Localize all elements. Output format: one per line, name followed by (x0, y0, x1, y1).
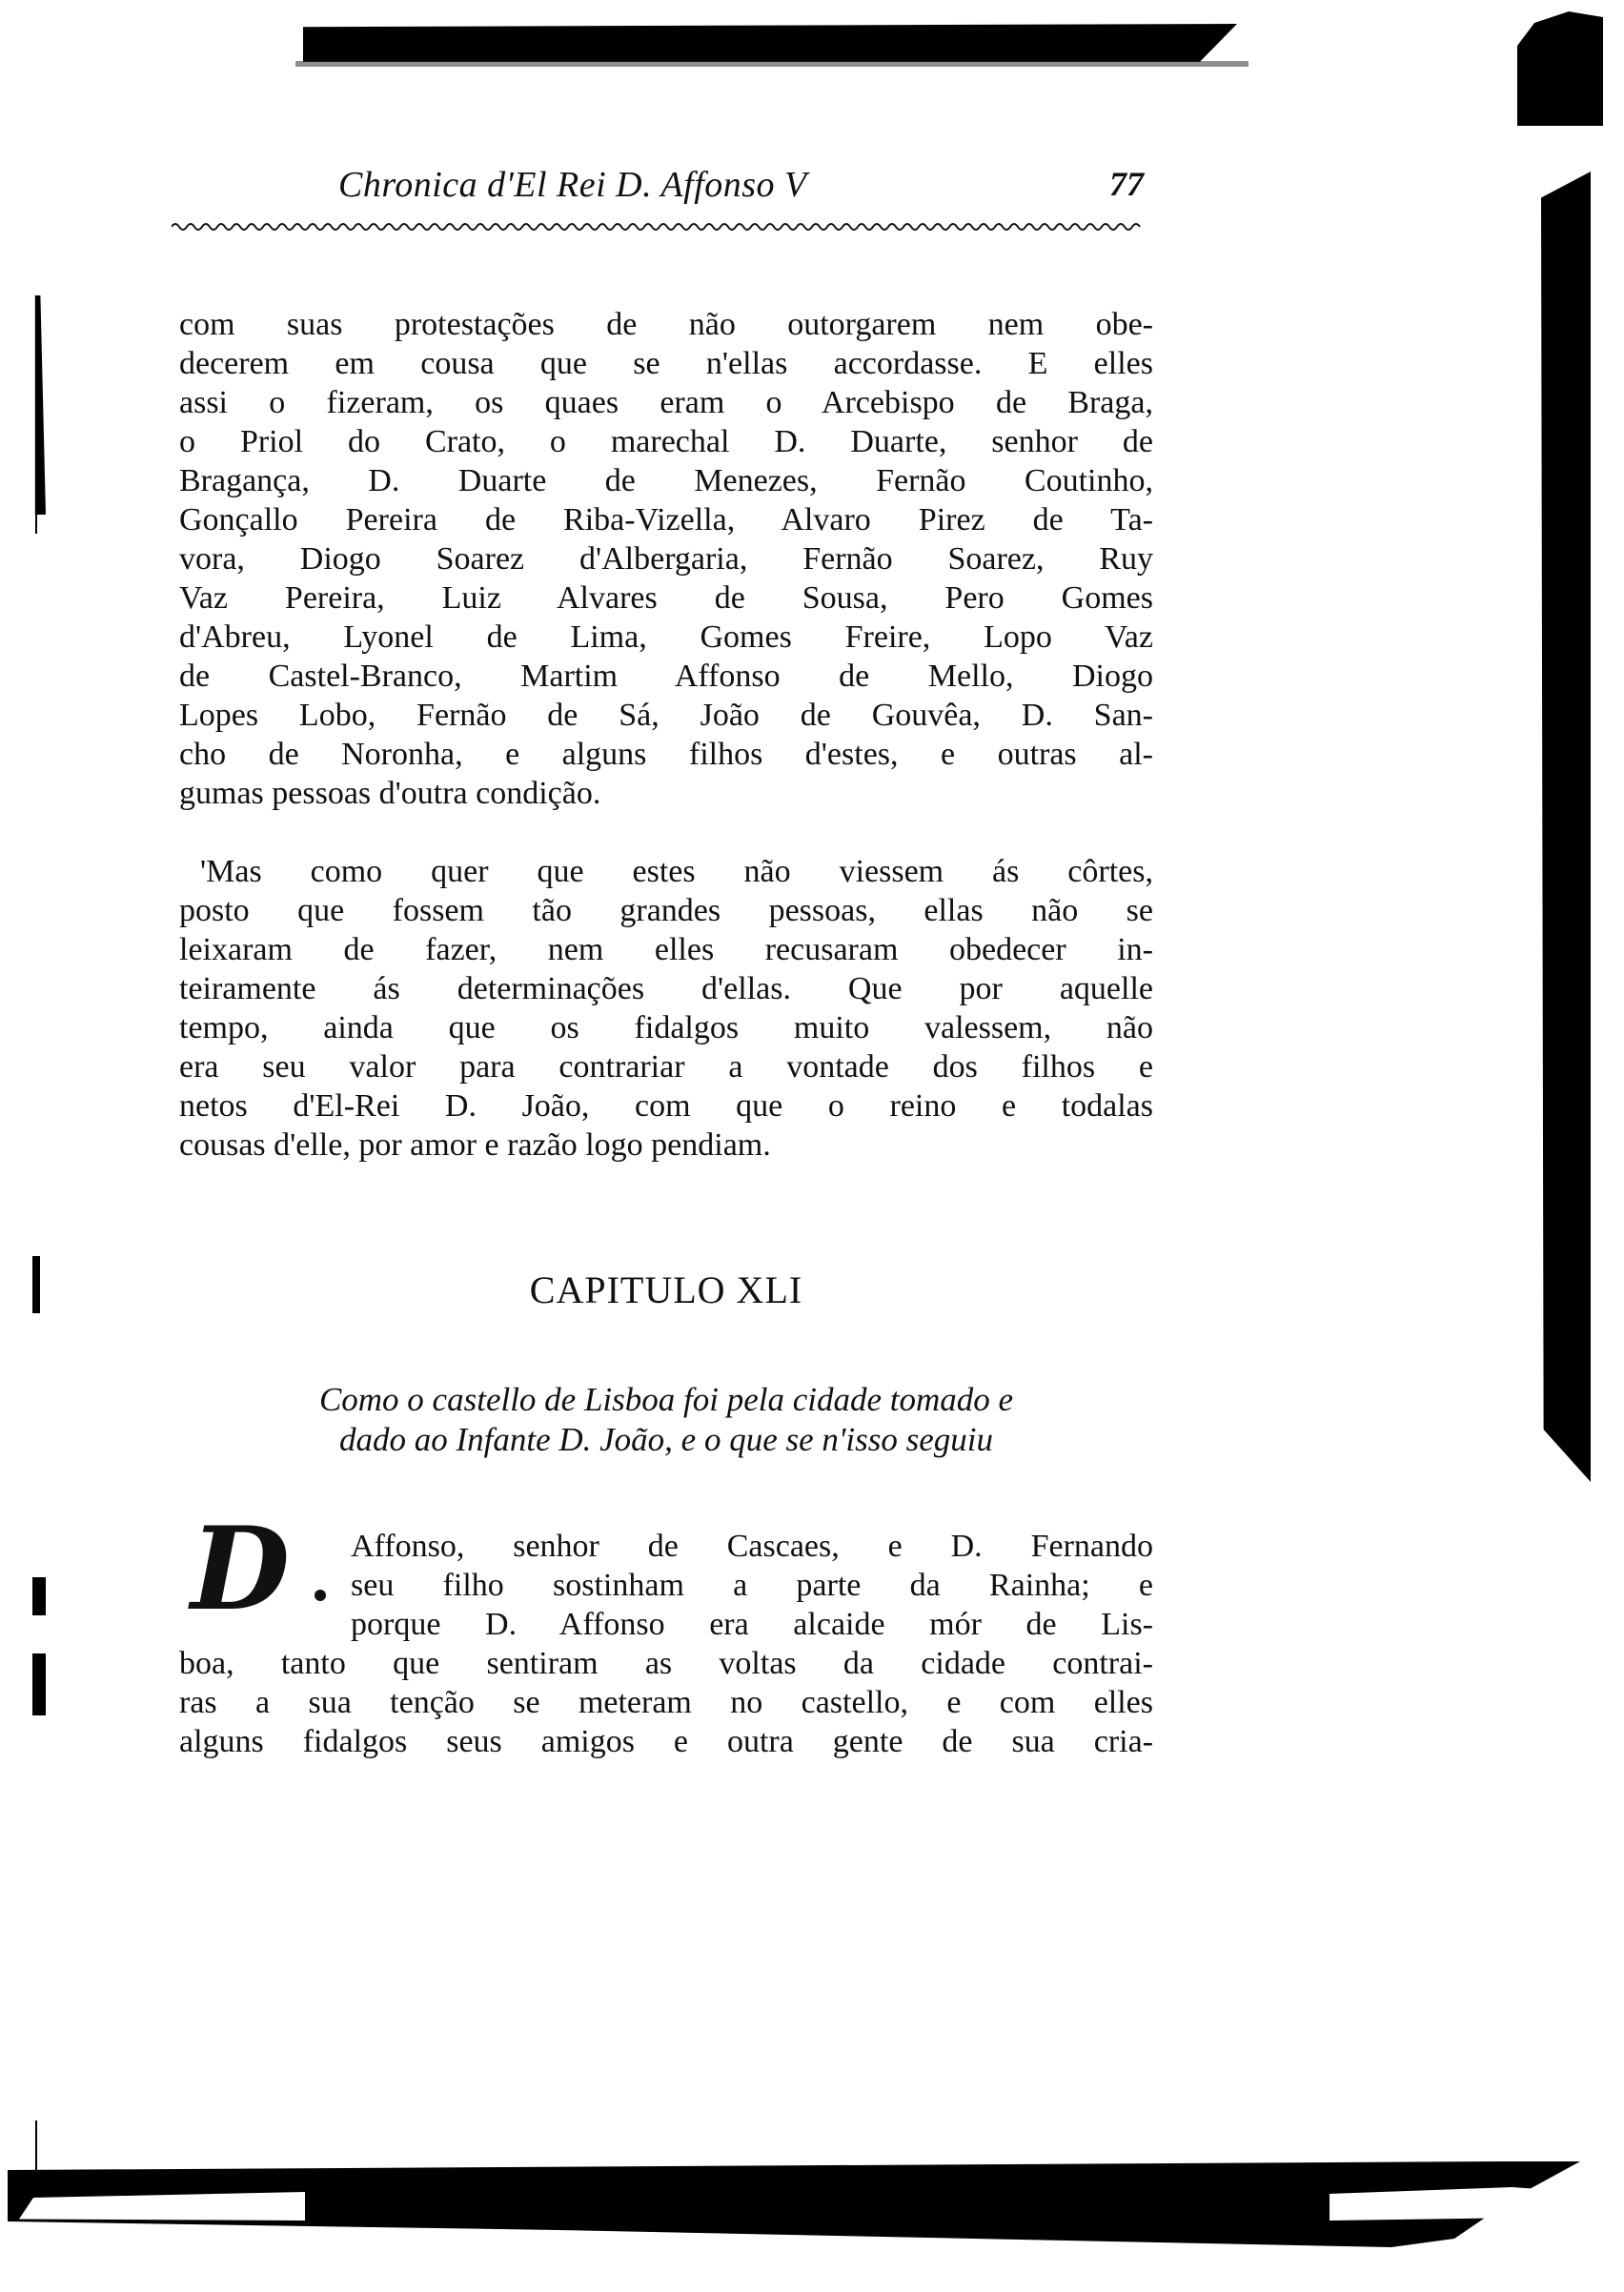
paragraph-3-indented: Affonso, senhor de Cascaes, e D. Fernand… (351, 1527, 1153, 1644)
text-line: boa, tanto que sentiram as voltas da cid… (179, 1644, 1153, 1683)
scan-shadow-left (32, 1577, 46, 1615)
text-line: leixaram de fazer, nem elles recusaram o… (179, 930, 1153, 969)
scan-shadow-right-top (1517, 11, 1603, 126)
scan-shadow-right (1541, 172, 1591, 1482)
drop-cap-period-icon (315, 1590, 326, 1601)
text-line: Affonso, senhor de Cascaes, e D. Fernand… (351, 1527, 1153, 1566)
text-line: era seu valor para contrariar a vontade … (179, 1047, 1153, 1086)
running-title: Chronica d'El Rei D. Affonso V (338, 164, 807, 206)
paragraph-2: 'Mas como quer que estes não viessem ás … (179, 852, 1153, 1165)
scan-shadow-left (32, 1256, 40, 1313)
scan-line-left (35, 515, 37, 534)
text-line: Vaz Pereira, Luiz Alvares de Sousa, Pero… (179, 578, 1153, 618)
text-line: o Priol do Crato, o marechal D. Duarte, … (179, 422, 1153, 461)
text-line: posto que fossem tão grandes pessoas, el… (179, 891, 1153, 930)
text-line: decerem em cousa que se n'ellas accordas… (179, 344, 1153, 383)
chapter-subtitle-line: dado ao Infante D. João, e o que se n'is… (179, 1420, 1153, 1460)
text-line: de Castel-Branco, Martim Affonso de Mell… (179, 657, 1153, 696)
text-line: seu filho sostinham a parte da Rainha; e (351, 1566, 1153, 1605)
text-line: gumas pessoas d'outra condição. (179, 774, 1153, 813)
drop-cap-initial: D (191, 1517, 295, 1622)
text-line: cho de Noronha, e alguns filhos d'estes,… (179, 735, 1153, 774)
scan-shadow-top-edge (295, 61, 1248, 67)
text-line: assi o fizeram, os quaes eram o Arcebisp… (179, 383, 1153, 422)
text-line: d'Abreu, Lyonel de Lima, Gomes Freire, L… (179, 618, 1153, 657)
text-line: teiramente ás determinações d'ellas. Que… (179, 969, 1153, 1008)
text-line: netos d'El-Rei D. João, com que o reino … (179, 1086, 1153, 1126)
scan-shadow-top (303, 24, 1237, 62)
text-line: Bragança, D. Duarte de Menezes, Fernão C… (179, 461, 1153, 500)
text-line: com suas protestações de não outorgarem … (179, 305, 1153, 344)
chapter-subtitle-line: Como o castello de Lisboa foi pela cidad… (179, 1380, 1153, 1420)
text-line: ras a sua tenção se meteram no castello,… (179, 1683, 1153, 1722)
text-line: Gonçallo Pereira de Riba-Vizella, Alvaro… (179, 500, 1153, 539)
paragraph-1: com suas protestações de não outorgarem … (179, 305, 1153, 813)
drop-cap-letter: D (191, 1502, 290, 1636)
page-number: 77 (1109, 164, 1144, 204)
text-line: Lopes Lobo, Fernão de Sá, João de Gouvêa… (179, 696, 1153, 735)
running-head: Chronica d'El Rei D. Affonso V 77 (338, 164, 1144, 212)
scan-line-left (35, 2120, 37, 2173)
chapter-subtitle: Como o castello de Lisboa foi pela cidad… (179, 1380, 1153, 1460)
text-line: porque D. Affonso era alcaide mór de Lis… (351, 1605, 1153, 1644)
scan-shadow-left (32, 295, 46, 515)
text-line: tempo, ainda que os fidalgos muito vales… (179, 1008, 1153, 1047)
text-line: 'Mas como quer que estes não viessem ás … (179, 852, 1153, 891)
text-line: alguns fidalgos seus amigos e outra gent… (179, 1722, 1153, 1761)
wavy-rule-divider (172, 221, 1144, 233)
paragraph-3: boa, tanto que sentiram as voltas da cid… (179, 1644, 1153, 1761)
text-line: cousas d'elle, por amor e razão logo pen… (179, 1126, 1153, 1165)
chapter-title: CAPITULO XLI (179, 1268, 1153, 1312)
scan-shadow-left (32, 1653, 46, 1715)
text-line: vora, Diogo Soarez d'Albergaria, Fernão … (179, 539, 1153, 578)
